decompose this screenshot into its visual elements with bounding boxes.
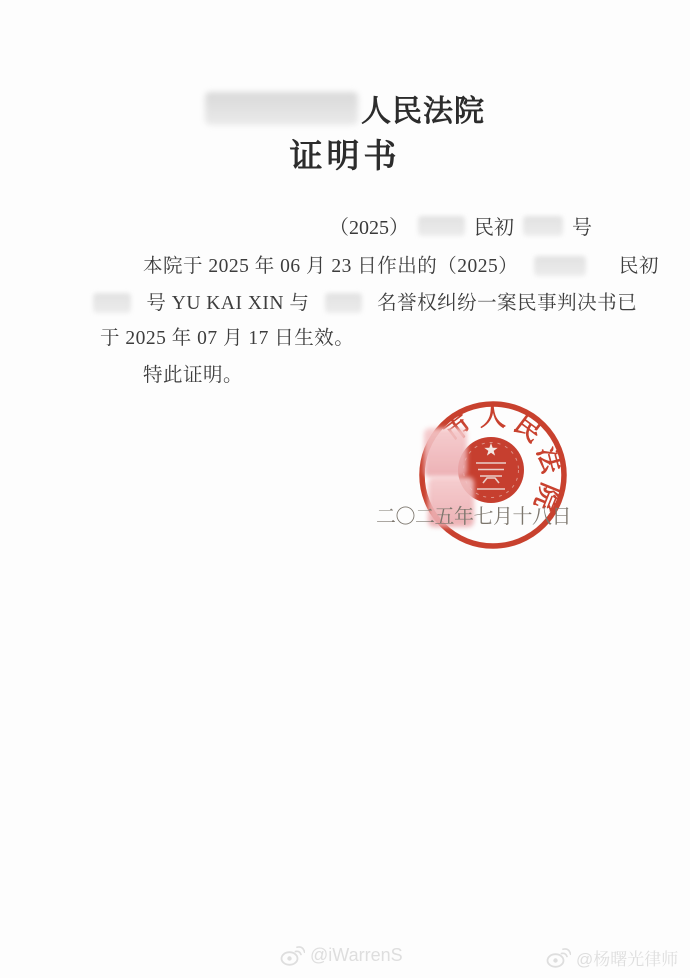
redaction-defendant-name <box>325 293 362 313</box>
watermark-center-handle: @iWarrenS <box>310 945 403 966</box>
redaction-body-court-code <box>534 256 586 276</box>
body-line-3: 于 2025 年 07 月 17 日生效。 <box>100 322 354 350</box>
issue-date: 二〇二五年七月十八日 <box>376 500 571 529</box>
seal-arc-char-2: 人 <box>480 403 506 432</box>
watermark-center: @iWarrenS <box>280 945 403 966</box>
case-year: （2025） <box>329 211 409 240</box>
redaction-body-serial <box>93 293 131 313</box>
watermark-right-handle: @杨曙光律师 <box>576 945 678 970</box>
body-line-1-text-a: 本院于 2025 年 06 月 23 日作出的（2025） <box>143 256 518 277</box>
weibo-icon <box>280 945 305 966</box>
case-number-line: （2025） 民初 号 <box>329 211 592 240</box>
body-line-1-text-b: 民初 <box>619 256 659 277</box>
redaction-case-court-code <box>418 216 465 236</box>
court-name-suffix: 人民法院 <box>361 86 485 130</box>
body-line-1: 本院于 2025 年 06 月 23 日作出的（2025） 民初 <box>143 250 659 278</box>
weibo-icon <box>546 947 571 968</box>
document-title: 证明书 <box>0 130 690 177</box>
body-line-2-text-b: 名誉权纠纷一案民事判决书已 <box>377 293 637 314</box>
case-suffix: 号 <box>572 211 592 240</box>
redaction-case-serial <box>523 216 563 236</box>
seal-arc-char-3: 民 <box>509 409 547 448</box>
redaction-seal-city-1 <box>424 428 467 477</box>
watermark-right: @杨曙光律师 <box>546 945 678 970</box>
body-line-2-text-a: 号 YU KAI XIN 与 <box>146 293 309 314</box>
body-line-2: 号 YU KAI XIN 与 名誉权纠纷一案民事判决书已 <box>93 287 637 315</box>
court-name-line: 人民法院 <box>0 86 690 130</box>
case-type: 民初 <box>474 211 514 240</box>
certificate-document: 人民法院 证明书 （2025） 民初 号 本院于 2025 年 06 月 23 … <box>0 0 690 978</box>
redaction-court-name <box>205 92 358 125</box>
body-closing: 特此证明。 <box>143 359 243 387</box>
